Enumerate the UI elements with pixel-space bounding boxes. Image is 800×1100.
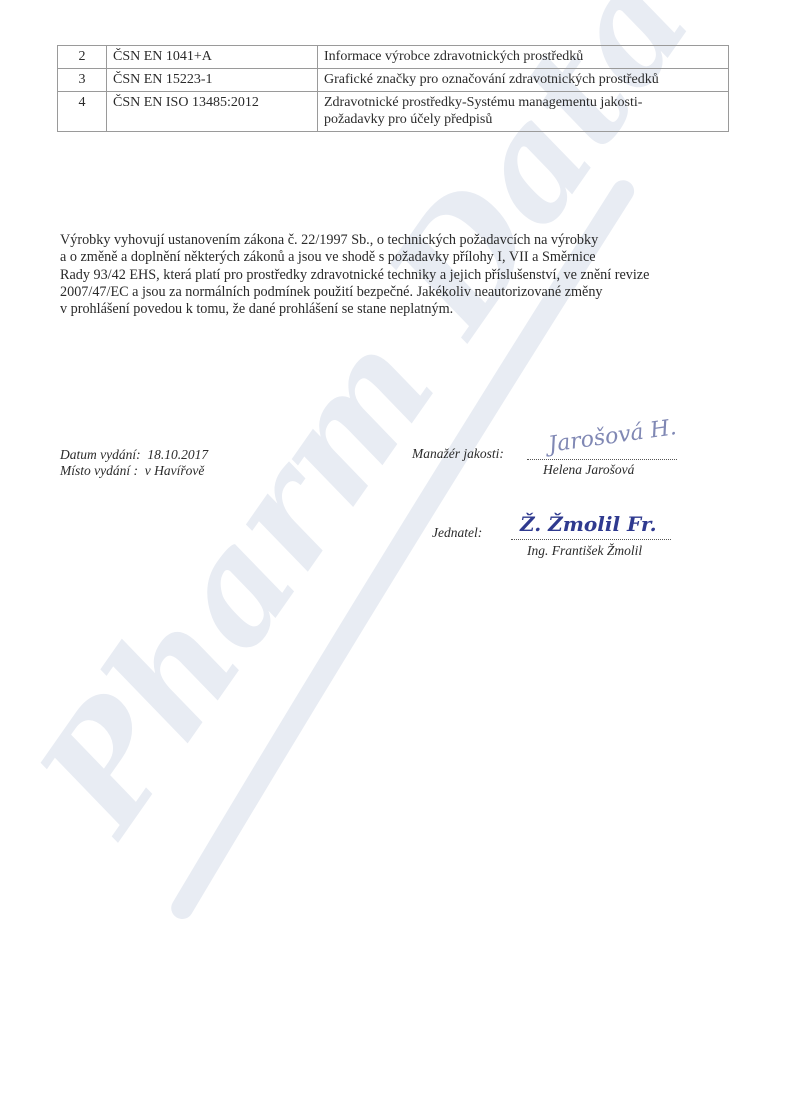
issue-place: Místo vydání : v Havířově (60, 463, 208, 479)
compliance-paragraph: Výrobky vyhovují ustanovením zákona č. 2… (60, 232, 760, 318)
issue-place-label: Místo vydání : (60, 463, 138, 478)
standard-code: ČSN EN ISO 13485:2012 (107, 92, 318, 132)
issue-place-value: v Havířově (145, 463, 205, 478)
issue-date-label: Datum vydání: (60, 447, 141, 462)
signature-line (511, 539, 671, 540)
signatory-role: Jednatel: (432, 525, 482, 541)
table-row: 2ČSN EN 1041+AInformace výrobce zdravotn… (58, 46, 729, 69)
standard-title: Informace výrobce zdravotnických prostře… (318, 46, 729, 69)
row-number: 3 (58, 69, 107, 92)
signatory-role: Manažér jakosti: (412, 446, 504, 462)
issue-date-value: 18.10.2017 (147, 447, 208, 462)
table-row: 3ČSN EN 15223-1Grafické značky pro označ… (58, 69, 729, 92)
signatory-name: Helena Jarošová (543, 462, 634, 478)
row-number: 4 (58, 92, 107, 132)
standard-code: ČSN EN 15223-1 (107, 69, 318, 92)
document-page: 2ČSN EN 1041+AInformace výrobce zdravotn… (0, 0, 800, 1100)
signature-image: Ž. Žmolil Fr. (520, 512, 657, 536)
signature-line (527, 459, 677, 460)
signatory-name: Ing. František Žmolil (527, 543, 642, 559)
standard-title: Zdravotnické prostředky-Systému manageme… (318, 92, 729, 132)
issue-date: Datum vydání: 18.10.2017 (60, 447, 208, 463)
standards-table: 2ČSN EN 1041+AInformace výrobce zdravotn… (57, 45, 729, 132)
signature-image: Jarošová H. (547, 415, 678, 458)
table-row: 4ČSN EN ISO 13485:2012Zdravotnické prost… (58, 92, 729, 132)
issue-info: Datum vydání: 18.10.2017 Místo vydání : … (60, 447, 208, 479)
row-number: 2 (58, 46, 107, 69)
standard-title: Grafické značky pro označování zdravotni… (318, 69, 729, 92)
standard-code: ČSN EN 1041+A (107, 46, 318, 69)
